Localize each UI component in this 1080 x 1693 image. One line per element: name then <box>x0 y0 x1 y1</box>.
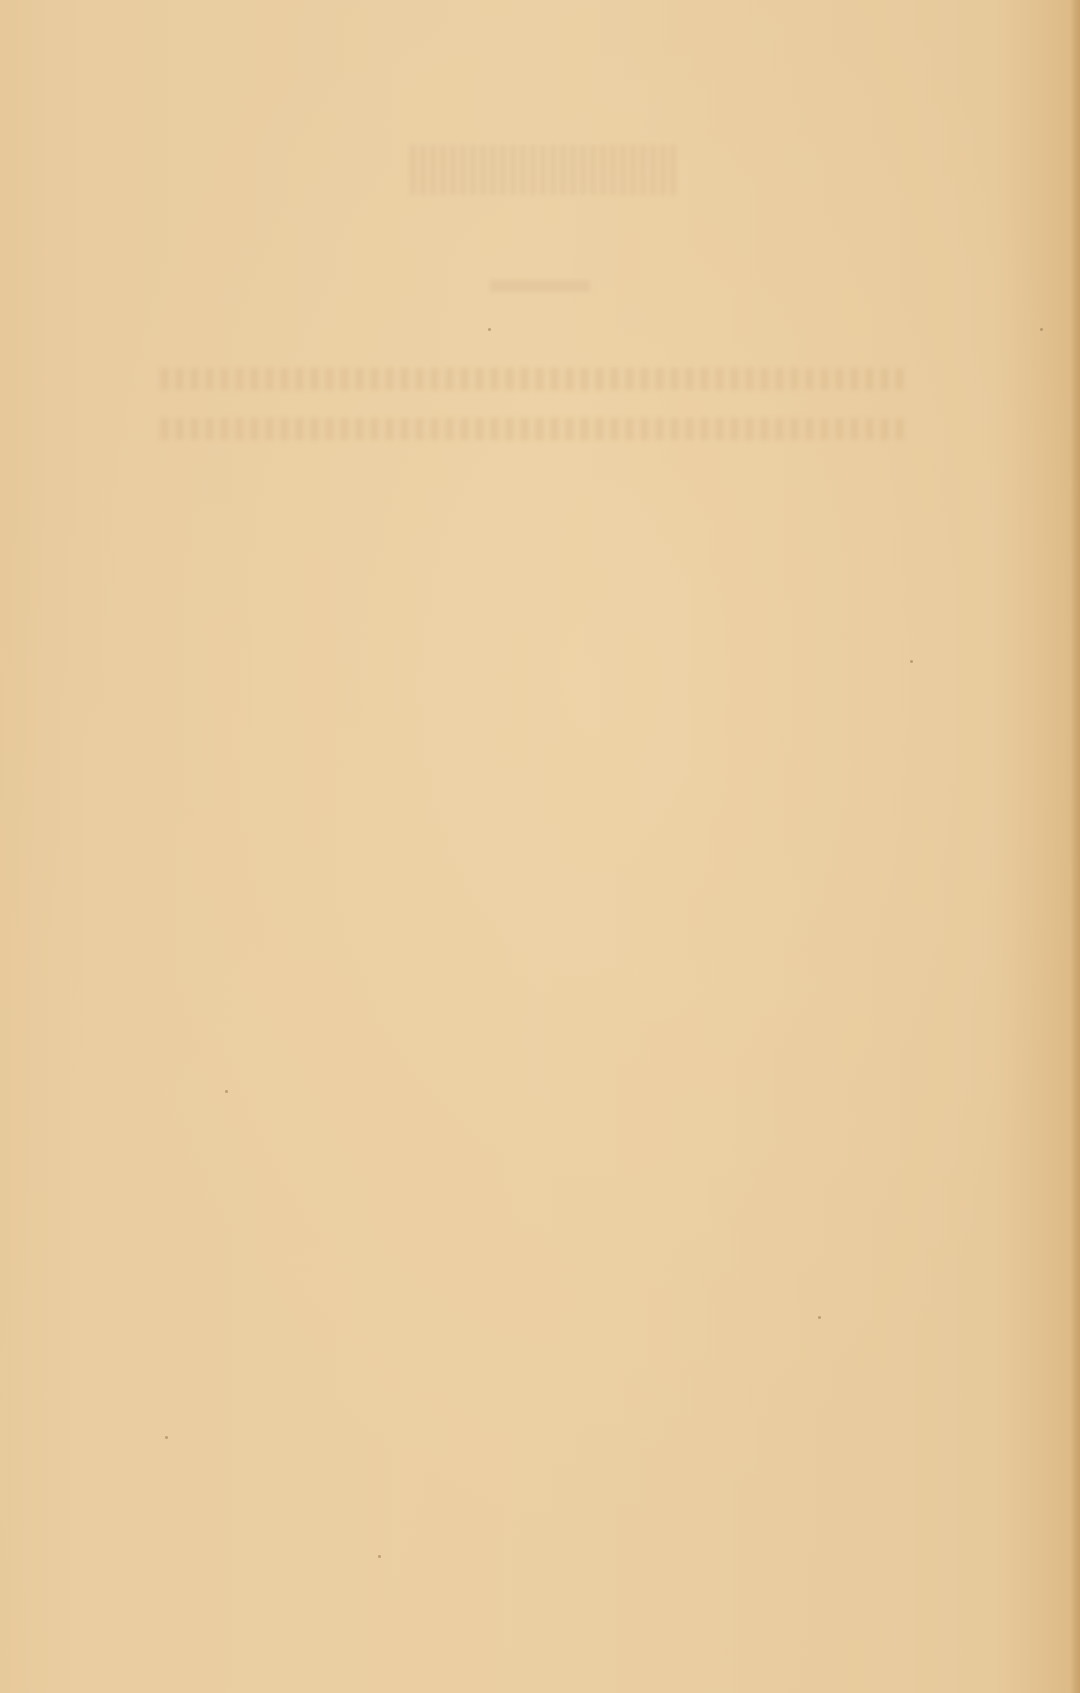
paper-speck <box>165 1436 168 1439</box>
bleed-through-text-line <box>160 368 910 390</box>
page-edge-shadow <box>1070 0 1080 1693</box>
paper-speck <box>1040 328 1043 331</box>
paper-page <box>0 0 1080 1693</box>
bleed-through-text-line <box>160 418 910 440</box>
bleed-through-subheading <box>490 280 590 292</box>
paper-speck <box>225 1090 228 1093</box>
paper-speck <box>488 328 491 331</box>
paper-speck <box>818 1316 821 1319</box>
paper-speck <box>910 660 913 663</box>
bleed-through-heading <box>410 145 680 195</box>
paper-speck <box>378 1555 381 1558</box>
